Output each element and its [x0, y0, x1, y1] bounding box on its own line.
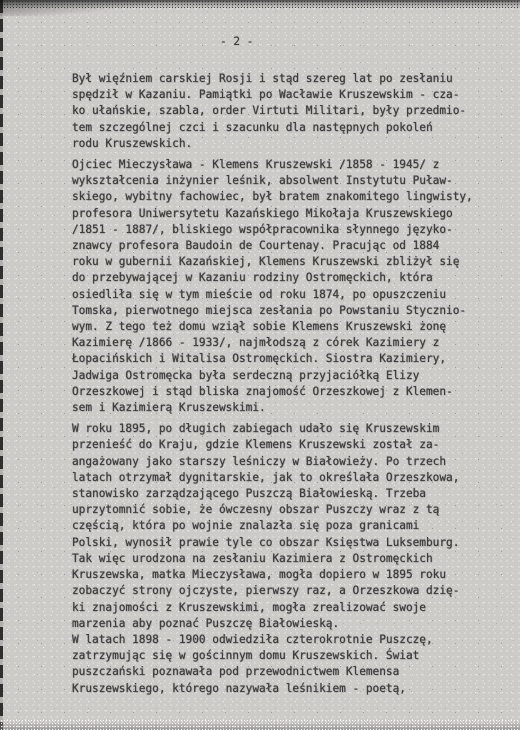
text-line: zatrzymując się w gościnnym domu Kruszew… [72, 648, 484, 664]
text-line: ko ułańskie, szabla, order Virtuti Milit… [72, 103, 484, 119]
text-line: sem i Kazimierą Kruszewskimi. [72, 400, 484, 416]
text-line: częścią, która po wojnie znalazła się po… [72, 518, 484, 534]
text-line: spędził w Kazaniu. Pamiątki po Wacławie … [72, 87, 484, 103]
page-number: - 2 - [220, 35, 253, 48]
text-line: Kazimierę /1866 - 1933/, najmłodszą z có… [72, 335, 484, 351]
text-line: Ojciec Mieczysława - Klemens Kruszewski … [72, 157, 484, 173]
text-line: Tak więc urodzona na zesłaniu Kazimiera … [72, 551, 484, 567]
text-line: W latach 1898 - 1900 odwiedziła czterokr… [72, 632, 484, 648]
text-line: wym. Z tego też domu wziął sobie Klemens… [72, 319, 484, 335]
text-line: Jadwiga Ostromęcka była serdeczną przyja… [72, 368, 484, 384]
text-line: przenieść do Kraju, gdzie Klemens Krusze… [72, 437, 484, 453]
text-line: profesora Uniwersytetu Kazańskiego Mikoł… [72, 206, 484, 222]
text-line: ki znajomości z Kruszewskimi, mogła zrea… [72, 600, 484, 616]
text-line: tem szczególnej czci i szacunku dla nast… [72, 120, 484, 136]
text-line: skiego, wybitny fachowiec, był bratem zn… [72, 189, 484, 205]
text-line: Kruszewska, matka Mieczysława, mogła dop… [72, 567, 484, 583]
text-line: Łopacińskich i Witalisa Ostromęckich. Si… [72, 351, 484, 367]
text-line: rodu Kruszewskich. [72, 136, 484, 152]
paragraph-1: Był więźniem carskiej Rosji i stąd szere… [72, 71, 484, 152]
text-line: Tomska, pierwotnego miejsca zesłania po … [72, 303, 484, 319]
text-line: zobaczyć strony ojczyste, pierwszy raz, … [72, 583, 484, 599]
paragraph-3: W roku 1895, po długich zabiegach udało … [72, 421, 484, 696]
text-line: uprzytomnić sobie, że ówczesny obszar Pu… [72, 502, 484, 518]
scan-artifact-top-left-smudge [0, 0, 150, 16]
text-line: puszczański poznawała pod przewodnictwem… [72, 664, 484, 680]
text-line: Orzeszkowej i stąd bliska znajomość Orze… [72, 384, 484, 400]
text-line: Polski, wynosił prawie tyle co obszar Ks… [72, 535, 484, 551]
text-line: Był więźniem carskiej Rosji i stąd szere… [72, 71, 484, 87]
text-line: angażowany jako starszy leśniczy w Biało… [72, 454, 484, 470]
text-line: znawcy profesora Baudoin de Courtenay. P… [72, 238, 484, 254]
text-line: W roku 1895, po długich zabiegach udało … [72, 421, 484, 437]
document-text-block: Był więźniem carskiej Rosji i stąd szere… [72, 71, 484, 697]
scan-artifact-bottom-edge [0, 719, 520, 730]
text-line: osiedliła się w tym mieście od roku 1874… [72, 287, 484, 303]
text-line: Kruszewskiego, którego nazywała leśnikie… [72, 681, 484, 697]
text-line: /1851 - 1887/, bliskiego współpracownika… [72, 222, 484, 238]
text-line: stanowisko zarządzającego Puszczą Białow… [72, 486, 484, 502]
paragraph-2: Ojciec Mieczysława - Klemens Kruszewski … [72, 157, 484, 416]
scan-artifact-left-edge [0, 0, 3, 730]
text-line: marzenia aby poznać Puszczę Białowieską. [72, 616, 484, 632]
text-line: latach otrzymał dygnitarskie, jak to okr… [72, 470, 484, 486]
text-line: roku w gubernii Kazańskiej, Klemens Krus… [72, 254, 484, 270]
text-line: wykształcenia inżynier leśnik, absolwent… [72, 173, 484, 189]
scanned-document-page: - 2 - Był więźniem carskiej Rosji i stąd… [0, 0, 520, 730]
text-line: do przebywającej w Kazaniu rodziny Ostro… [72, 270, 484, 286]
